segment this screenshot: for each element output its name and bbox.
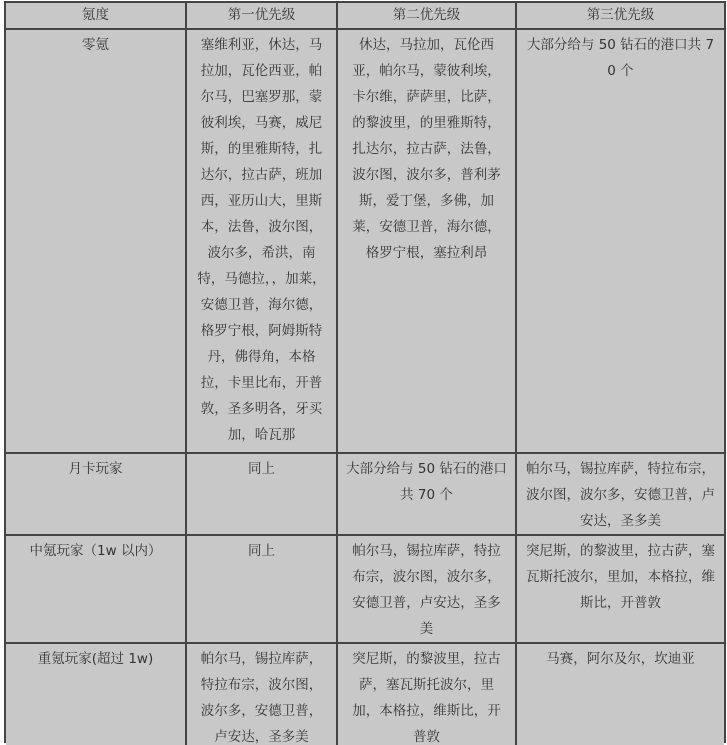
priority-3-cell: 大部分给与 50 钻石的港口共 70 个 — [516, 29, 724, 453]
priority-1-cell: 帕尔马，锡拉库萨，特拉布宗，波尔图，波尔多，安德卫普，卢安达，圣多美 — [186, 643, 337, 745]
priority-3-cell: 突尼斯，的黎波里，拉古萨，塞瓦斯托波尔，里加，本格拉，维斯比，开普敦 — [516, 535, 724, 643]
header-priority-1: 第一优先级 — [186, 3, 337, 29]
priority-1-cell: 塞维利亚，休达，马拉加，瓦伦西亚，帕尔马，巴塞罗那，蒙彼利埃，马赛，威尼斯，的里… — [186, 29, 337, 453]
priority-2-cell: 休达，马拉加，瓦伦西亚，帕尔马，蒙彼利埃，卡尔维，萨萨里，比萨，的黎波里，的里雅… — [337, 29, 516, 453]
priority-table-container: 氪度 第一优先级 第二优先级 第三优先级 零氪 塞维利亚，休达，马拉加，瓦伦西亚… — [4, 1, 726, 743]
priority-3-cell: 帕尔马，锡拉库萨，特拉布宗，波尔图，波尔多，安德卫普，卢安达，圣多美 — [516, 453, 724, 535]
tier-cell: 重氪玩家(超过 1w) — [6, 643, 186, 745]
tier-cell: 月卡玩家 — [6, 453, 186, 535]
tier-cell: 中氪玩家（1w 以内） — [6, 535, 186, 643]
header-spending-tier: 氪度 — [6, 3, 186, 29]
table-header-row: 氪度 第一优先级 第二优先级 第三优先级 — [6, 3, 724, 29]
priority-1-cell: 同上 — [186, 535, 337, 643]
priority-3-cell: 马赛，阿尔及尔，坎迪亚 — [516, 643, 724, 745]
table-row: 中氪玩家（1w 以内） 同上 帕尔马，锡拉库萨，特拉布宗，波尔图，波尔多，安德卫… — [6, 535, 724, 643]
table-row: 零氪 塞维利亚，休达，马拉加，瓦伦西亚，帕尔马，巴塞罗那，蒙彼利埃，马赛，威尼斯… — [6, 29, 724, 453]
tier-cell: 零氪 — [6, 29, 186, 453]
header-priority-3: 第三优先级 — [516, 3, 724, 29]
priority-2-cell: 帕尔马，锡拉库萨，特拉布宗，波尔图，波尔多，安德卫普，卢安达，圣多美 — [337, 535, 516, 643]
spending-tier-priority-table: 氪度 第一优先级 第二优先级 第三优先级 零氪 塞维利亚，休达，马拉加，瓦伦西亚… — [6, 3, 724, 745]
priority-1-cell: 同上 — [186, 453, 337, 535]
priority-2-cell: 突尼斯，的黎波里，拉古萨，塞瓦斯托波尔，里加，本格拉，维斯比，开普敦 — [337, 643, 516, 745]
table-row: 重氪玩家(超过 1w) 帕尔马，锡拉库萨，特拉布宗，波尔图，波尔多，安德卫普，卢… — [6, 643, 724, 745]
header-priority-2: 第二优先级 — [337, 3, 516, 29]
priority-2-cell: 大部分给与 50 钻石的港口共 70 个 — [337, 453, 516, 535]
table-row: 月卡玩家 同上 大部分给与 50 钻石的港口共 70 个 帕尔马，锡拉库萨，特拉… — [6, 453, 724, 535]
